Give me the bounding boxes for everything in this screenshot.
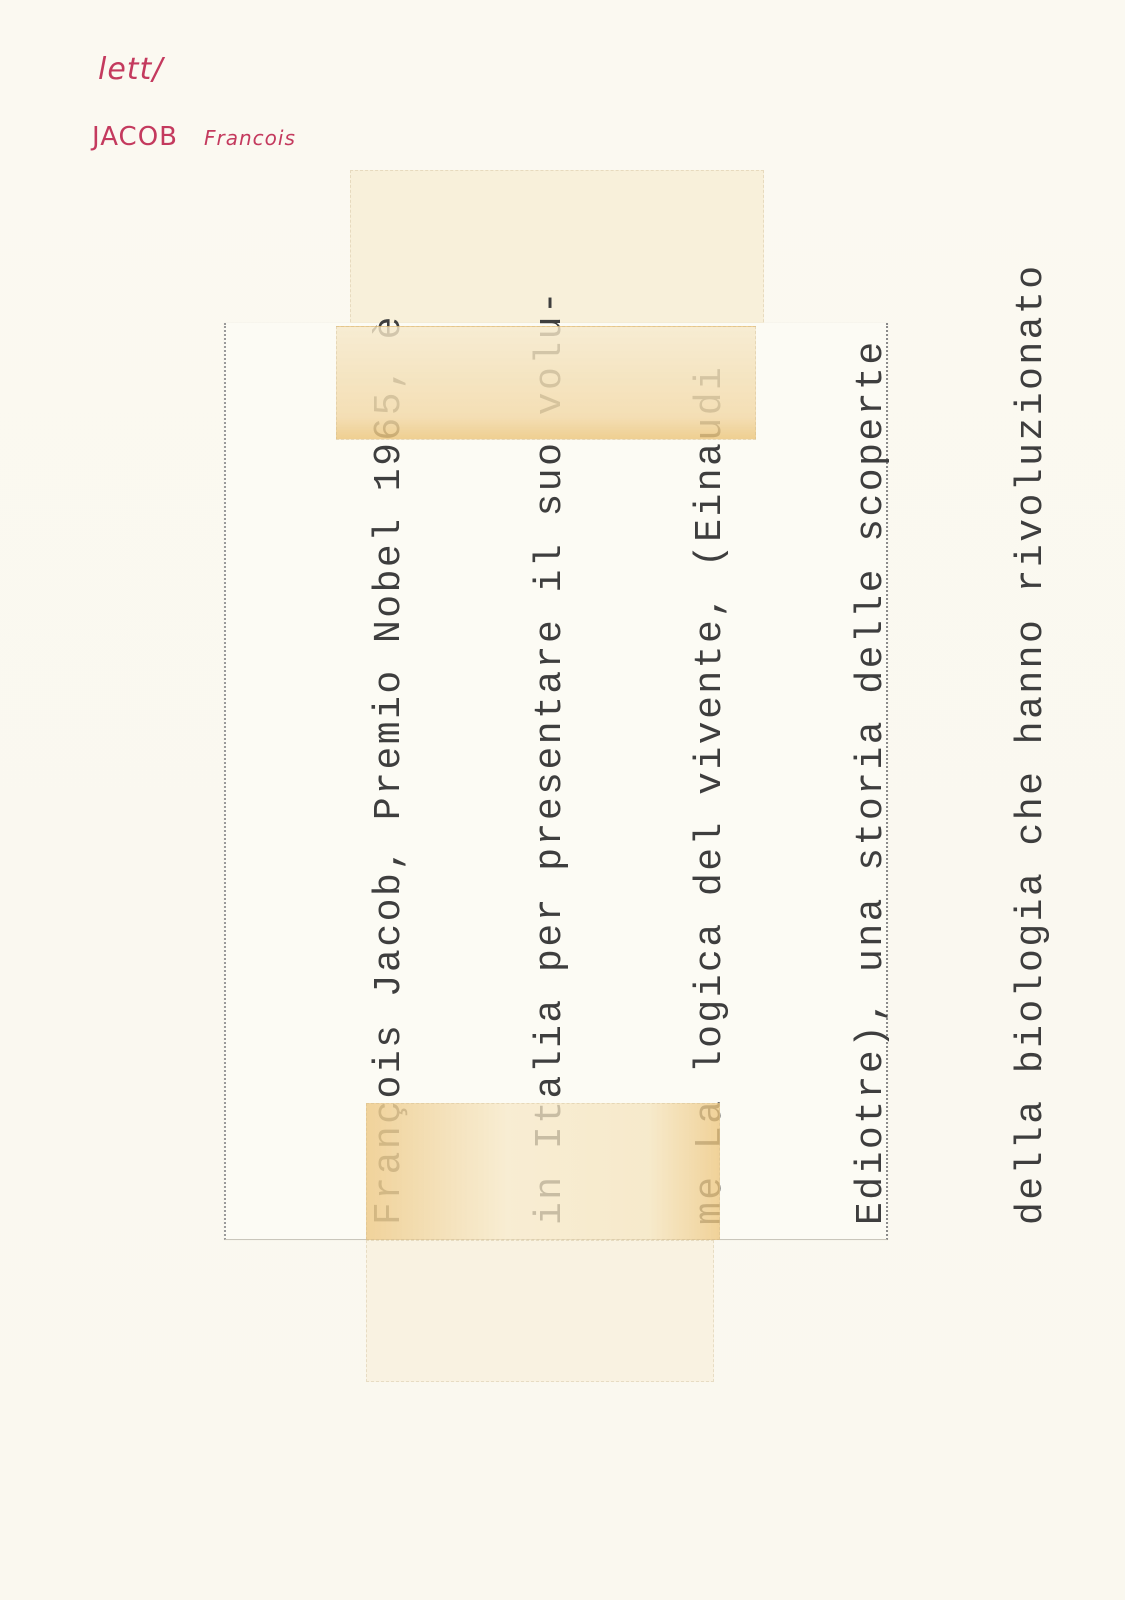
archive-card: lett/ JACOBFrancois François Jacob, Prem… bbox=[0, 0, 1125, 1600]
handwritten-reference-mark: lett/ bbox=[98, 52, 163, 87]
handwritten-first-name: Francois bbox=[204, 126, 296, 150]
text-line: Ediotre), una storia delle scoperte bbox=[845, 263, 899, 1225]
handwritten-surname: JACOB bbox=[92, 122, 178, 152]
text-line: della biologia che hanno rivoluzionato bbox=[1005, 263, 1059, 1225]
handwritten-name-label: JACOBFrancois bbox=[92, 122, 296, 152]
adhesive-tape-bottom-lower bbox=[366, 1240, 714, 1382]
clipping-text-rotated: François Jacob, Premio Nobel 1965, è in … bbox=[226, 323, 886, 1239]
adhesive-tape-top-lower bbox=[336, 326, 756, 440]
adhesive-tape-bottom-upper bbox=[366, 1103, 720, 1240]
